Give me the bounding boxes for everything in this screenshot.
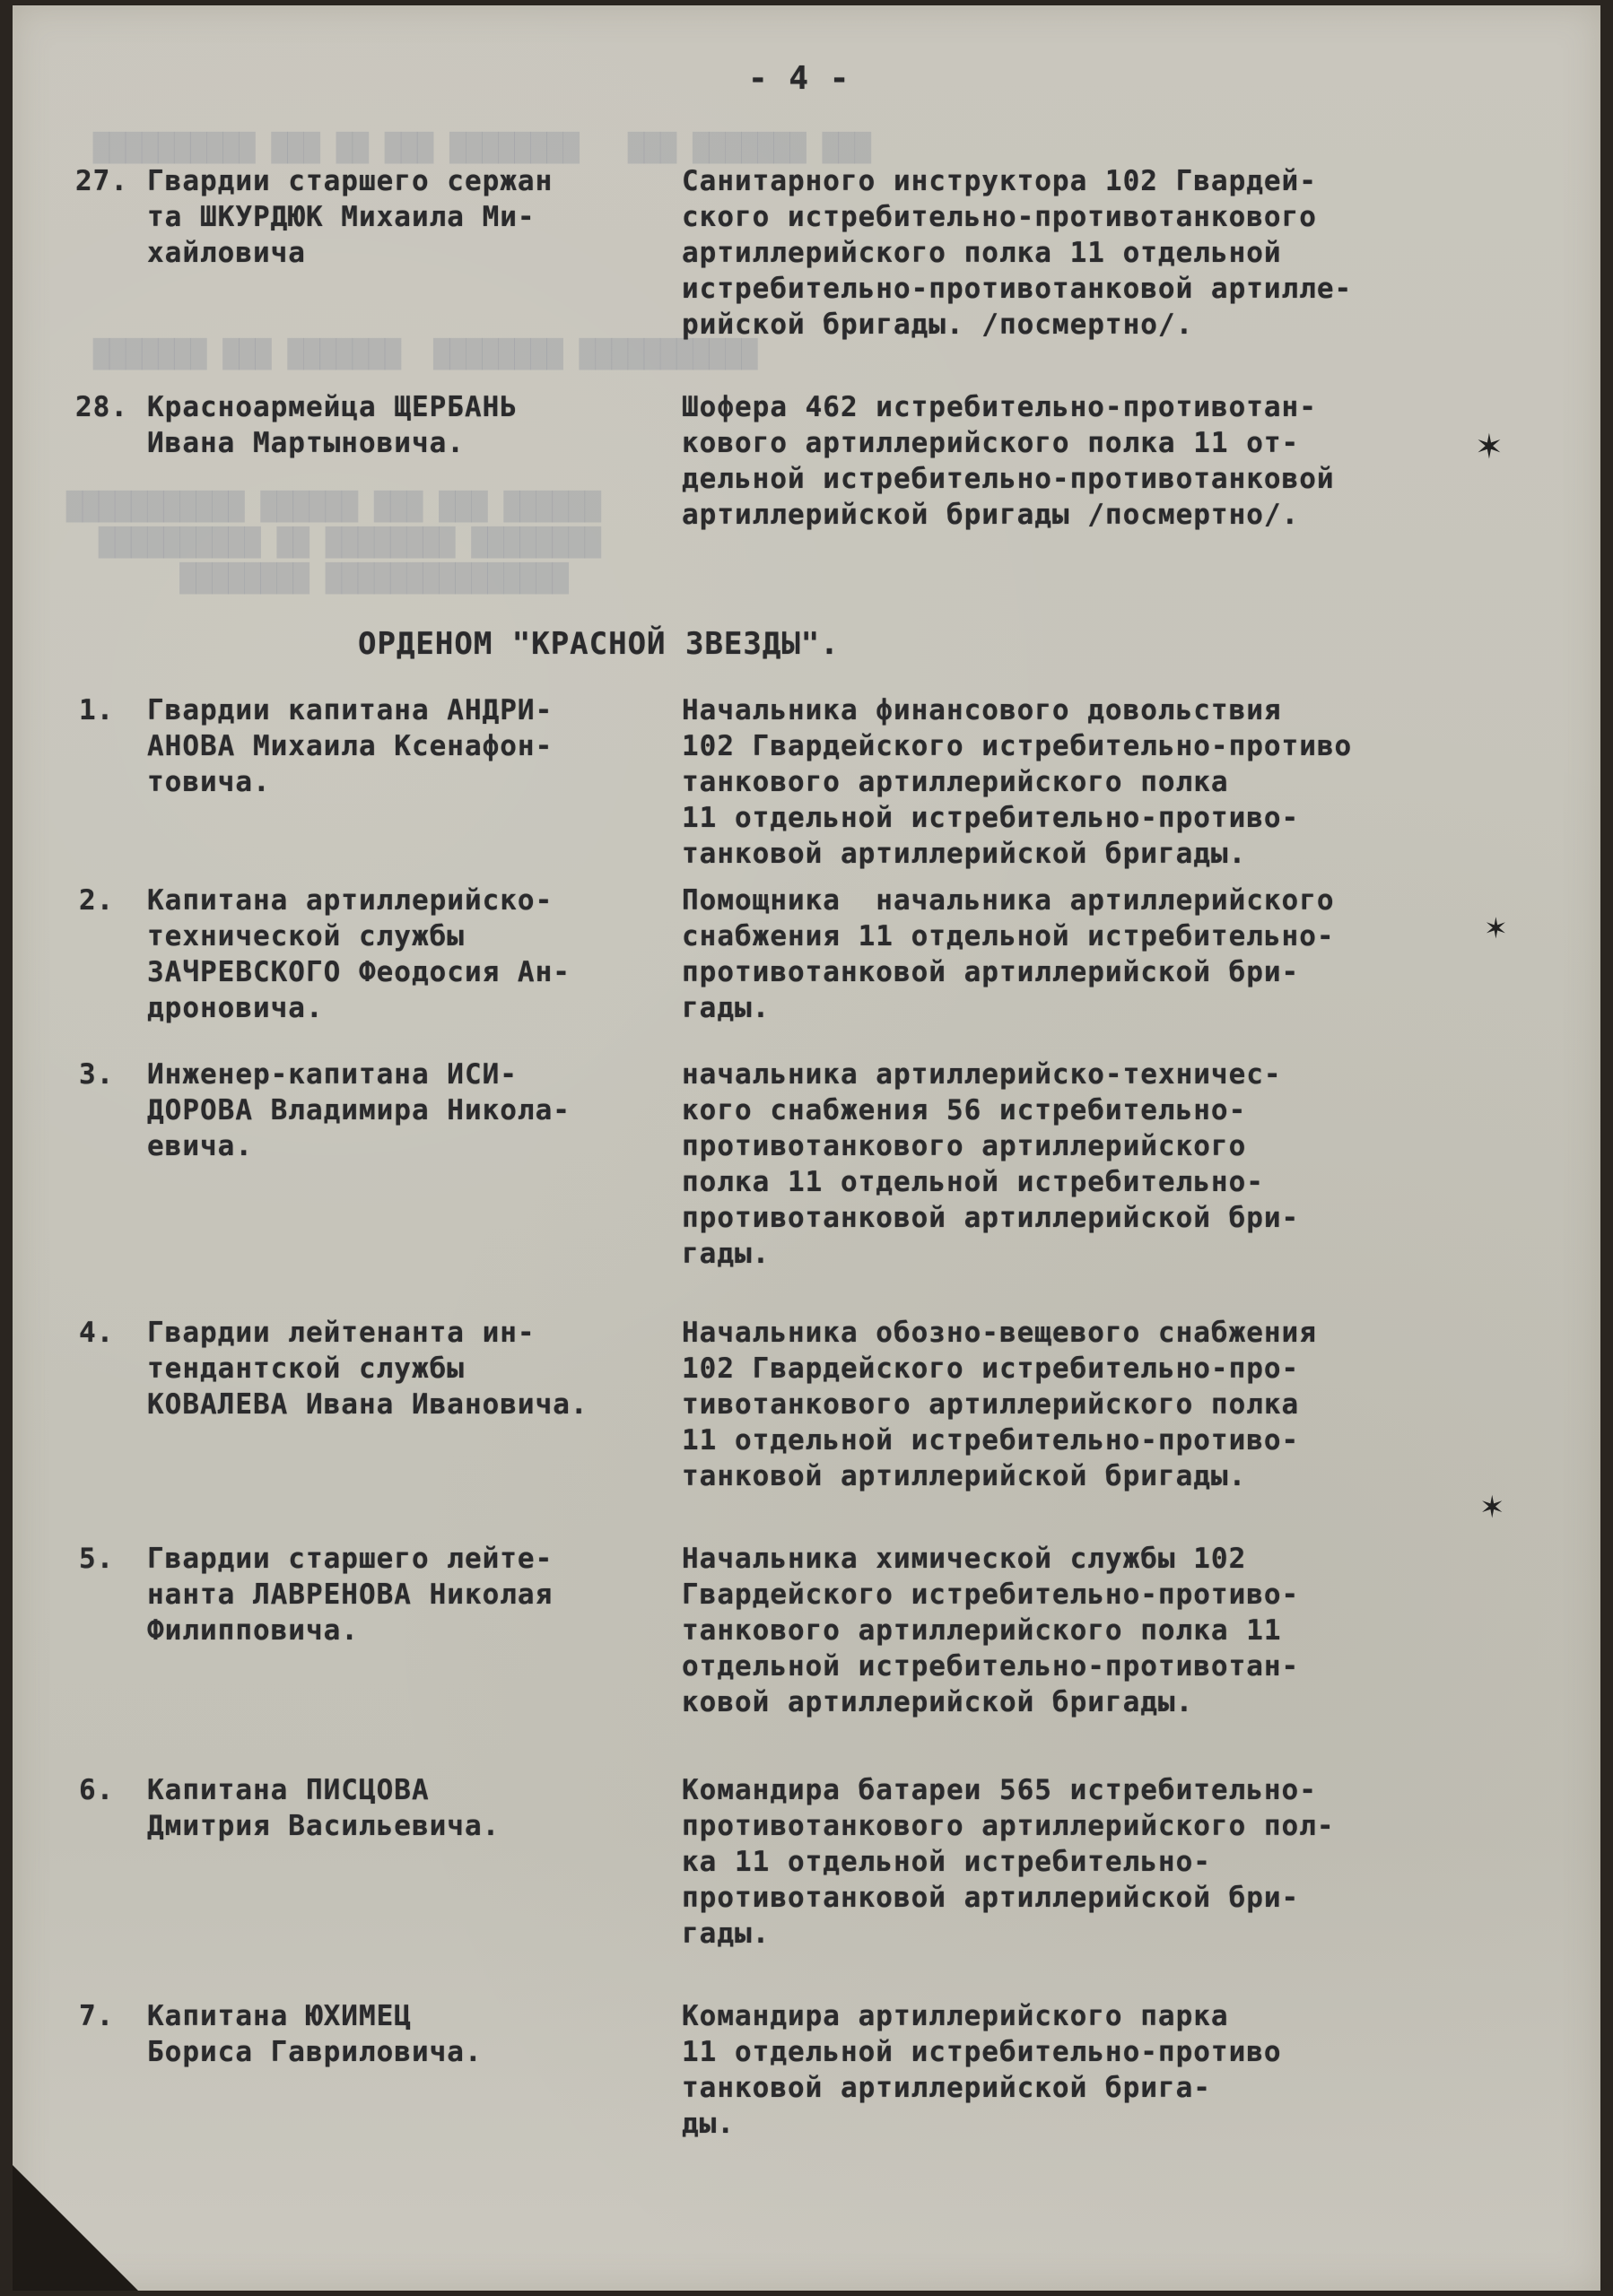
description-line: Шофера 462 истребительно-противотан-	[682, 389, 1335, 425]
description-line: гады.	[682, 1236, 1299, 1272]
description-line: отдельной истребительно-противотан-	[682, 1648, 1299, 1684]
description-line: танкового артиллерийского полка	[682, 764, 1352, 800]
recipient-name: Инженер-капитана ИСИ-ДОРОВА Владимира Ни…	[147, 1057, 571, 1164]
name-line: КОВАЛЕВА Ивана Ивановича.	[147, 1387, 589, 1422]
name-line: технической службы	[147, 918, 571, 954]
ink-mark: ✶	[1475, 427, 1504, 466]
description-line: танкового артиллерийского полка 11	[682, 1613, 1299, 1648]
description-line: Начальника обозно-вещевого снабжения	[682, 1315, 1317, 1351]
position-description: Санитарного инструктора 102 Гвардей-ског…	[682, 163, 1352, 343]
name-line: Дмитрия Васильевича.	[147, 1808, 500, 1844]
description-line: истребительно-противотанковой артилле-	[682, 271, 1352, 307]
name-line: тендантской службы	[147, 1351, 589, 1387]
entry-number: 4.	[79, 1315, 114, 1351]
entry-number: 5.	[79, 1541, 114, 1577]
page-number: - 4 -	[748, 61, 850, 97]
description-line: Командира батареи 565 истребительно-	[682, 1772, 1335, 1808]
description-line: 11 отдельной истребительно-противо-	[682, 800, 1352, 836]
name-line: Гвардии старшего сержан	[147, 163, 553, 199]
name-line: Капитана артиллерийско-	[147, 883, 571, 918]
document-page: ███ ███████ ███ ████████ ███ ██ ███ ████…	[13, 5, 1600, 2291]
position-description: Начальника финансового довольствия102 Гв…	[682, 692, 1352, 872]
bleed-through-text: ██████ ███ ███ ██████ ███████████ ██████…	[66, 490, 601, 597]
description-line: противотанкового артиллерийского	[682, 1128, 1299, 1164]
recipient-name: Капитана ПИСЦОВАДмитрия Васильевича.	[147, 1772, 500, 1844]
name-line: товича.	[147, 764, 553, 800]
name-line: Капитана ЮХИМЕЦ	[147, 1998, 483, 2034]
ink-mark: ✶	[1479, 1490, 1505, 1526]
position-description: Начальника обозно-вещевого снабжения102 …	[682, 1315, 1317, 1494]
description-line: Санитарного инструктора 102 Гвардей-	[682, 163, 1352, 199]
entry-number: 2.	[79, 883, 114, 918]
name-line: Инженер-капитана ИСИ-	[147, 1057, 571, 1092]
name-line: Капитана ПИСЦОВА	[147, 1772, 500, 1808]
description-line: танковой артиллерийской бригады.	[682, 836, 1352, 872]
description-line: Гвардейского истребительно-противо-	[682, 1577, 1299, 1613]
entry-number: 27.	[75, 163, 128, 199]
name-line: Гвардии лейтенанта ин-	[147, 1315, 589, 1351]
description-line: 102 Гвардейского истребительно-противо	[682, 728, 1352, 764]
position-description: Командира артиллерийского парка11 отдель…	[682, 1998, 1282, 2142]
description-line: 11 отдельной истребительно-противо	[682, 2034, 1282, 2070]
name-line: хайловича	[147, 235, 553, 271]
description-line: снабжения 11 отдельной истребительно-	[682, 918, 1335, 954]
description-line: Командира артиллерийского парка	[682, 1998, 1282, 2034]
description-line: 11 отдельной истребительно-противо-	[682, 1422, 1317, 1458]
description-line: противотанковой артиллерийской бри-	[682, 954, 1335, 990]
recipient-name: Гвардии капитана АНДРИ-АНОВА Михаила Ксе…	[147, 692, 553, 800]
description-line: ского истребительно-противотанкового	[682, 199, 1352, 235]
bleed-through-text: ███ ███████ ███ ████████ ███ ██ ███ ████…	[93, 131, 871, 167]
description-line: 102 Гвардейского истребительно-про-	[682, 1351, 1317, 1387]
description-line: ды.	[682, 2106, 1282, 2142]
name-line: дроновича.	[147, 990, 571, 1026]
entry-number: 6.	[79, 1772, 114, 1808]
name-line: ЗАЧРЕВСКОГО Феодосия Ан-	[147, 954, 571, 990]
entry-number: 7.	[79, 1998, 114, 2034]
ink-mark: ✶	[1484, 911, 1508, 945]
name-line: АНОВА Михаила Ксенафон-	[147, 728, 553, 764]
description-line: дельной истребительно-противотанковой	[682, 461, 1335, 497]
description-line: противотанковой артиллерийской бри-	[682, 1200, 1299, 1236]
recipient-name: Красноармейца ЩЕРБАНЬИвана Мартыновича.	[147, 389, 518, 461]
description-line: гады.	[682, 990, 1335, 1026]
description-line: противотанкового артиллерийского пол-	[682, 1808, 1335, 1844]
name-line: евича.	[147, 1128, 571, 1164]
description-line: рийской бригады. /посмертно/.	[682, 307, 1352, 343]
description-line: артиллерийского полка 11 отдельной	[682, 235, 1352, 271]
name-line: Красноармейца ЩЕРБАНЬ	[147, 389, 518, 425]
recipient-name: Капитана ЮХИМЕЦБориса Гавриловича.	[147, 1998, 483, 2070]
position-description: Командира батареи 565 истребительно-прот…	[682, 1772, 1335, 1952]
recipient-name: Гвардии лейтенанта ин-тендантской службы…	[147, 1315, 589, 1422]
position-description: начальника артиллерийско-техничес-кого с…	[682, 1057, 1299, 1272]
description-line: противотанковой артиллерийской бри-	[682, 1880, 1335, 1916]
description-line: кого снабжения 56 истребительно-	[682, 1092, 1299, 1128]
recipient-name: Гвардии старшего лейте-нанта ЛАВРЕНОВА Н…	[147, 1541, 553, 1648]
description-line: ка 11 отдельной истребительно-	[682, 1844, 1335, 1880]
name-line: Ивана Мартыновича.	[147, 425, 518, 461]
description-line: тивотанкового артиллерийского полка	[682, 1387, 1317, 1422]
entry-number: 28.	[75, 389, 128, 425]
bleed-through-text: ███████████ ████████ ███████ ███ ███████	[93, 337, 758, 373]
description-line: танковой артиллерийской брига-	[682, 2070, 1282, 2106]
description-line: Начальника химической службы 102	[682, 1541, 1299, 1577]
name-line: Филипповича.	[147, 1613, 553, 1648]
description-line: Помощника начальника артиллерийского	[682, 883, 1335, 918]
name-line: Гвардии старшего лейте-	[147, 1541, 553, 1577]
description-line: ковой артиллерийской бригады.	[682, 1684, 1299, 1720]
name-line: Бориса Гавриловича.	[147, 2034, 483, 2070]
description-line: начальника артиллерийско-техничес-	[682, 1057, 1299, 1092]
recipient-name: Капитана артиллерийско-технической служб…	[147, 883, 571, 1026]
description-line: танковой артиллерийской бригады.	[682, 1458, 1317, 1494]
recipient-name: Гвардии старшего сержанта ШКУРДЮК Михаил…	[147, 163, 553, 271]
entry-number: 3.	[79, 1057, 114, 1092]
entry-number: 1.	[79, 692, 114, 728]
position-description: Помощника начальника артиллерийскогоснаб…	[682, 883, 1335, 1026]
description-line: артиллерийской бригады /посмертно/.	[682, 497, 1335, 533]
description-line: Начальника финансового довольствия	[682, 692, 1352, 728]
position-description: Начальника химической службы 102Гвардейс…	[682, 1541, 1299, 1720]
name-line: нанта ЛАВРЕНОВА Николая	[147, 1577, 553, 1613]
name-line: ДОРОВА Владимира Никола-	[147, 1092, 571, 1128]
folded-corner	[13, 2165, 138, 2291]
description-line: полка 11 отдельной истребительно-	[682, 1164, 1299, 1200]
description-line: гады.	[682, 1916, 1335, 1952]
name-line: Гвардии капитана АНДРИ-	[147, 692, 553, 728]
description-line: кового артиллерийского полка 11 от-	[682, 425, 1335, 461]
position-description: Шофера 462 истребительно-противотан-ково…	[682, 389, 1335, 533]
name-line: та ШКУРДЮК Михаила Ми-	[147, 199, 553, 235]
section-heading: ОРДЕНОМ "КРАСНОЙ ЗВЕЗДЫ".	[358, 626, 840, 662]
